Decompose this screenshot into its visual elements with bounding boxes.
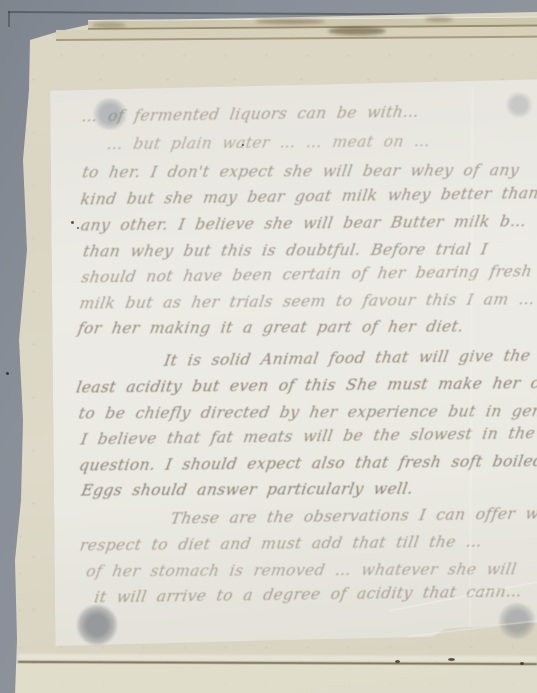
handwriting-line: should not have been certain of her bear…	[80, 262, 537, 287]
ink-speck	[395, 660, 400, 663]
handwriting-line: of her stomach is removed … whatever she…	[85, 560, 518, 580]
handwriting-line: … but plain water … … meat on …	[106, 132, 432, 153]
ink-speck	[242, 144, 244, 146]
ink-speck	[71, 221, 74, 224]
handwriting-line: milk but as her trials seem to favour th…	[78, 290, 536, 312]
mount-frame-corner	[8, 11, 10, 27]
page-edge-stain	[255, 19, 325, 24]
handwriting-line: any other. I believe she will bear Butte…	[79, 212, 527, 234]
handwriting-line: for her making it a great part of her di…	[76, 318, 465, 338]
handwriting-line: to her. I don't expect she will bear whe…	[81, 161, 521, 181]
page-edge-stain	[92, 22, 126, 28]
handwriting-line: kind but she may bear goat milk whey bet…	[79, 184, 537, 208]
smudge-bottom-left	[76, 604, 118, 646]
page-edge-stain	[328, 27, 386, 35]
handwriting-line: it will arrive to a degree of acidity th…	[93, 583, 523, 607]
album-page-below-fold	[16, 664, 537, 693]
handwriting-line: respect to diet and must add that till t…	[79, 533, 484, 555]
smudge-top-right	[504, 92, 534, 118]
handwriting-line: … of fermented liquors can be with…	[80, 103, 420, 126]
ink-speck	[448, 658, 455, 661]
handwriting-line: to be chiefly directed by her experience…	[77, 402, 537, 423]
handwriting-line: It is solid Animal food that will give t…	[163, 347, 532, 370]
smudge-top-left	[92, 98, 128, 130]
handwriting-line: These are the observations I can offer w…	[169, 504, 537, 527]
handwriting-line: than whey but this is doubtful. Before t…	[82, 241, 489, 261]
ink-speck	[520, 662, 524, 665]
ink-speck	[6, 372, 9, 375]
handwriting-line: least acidity but even of this She must …	[75, 374, 537, 397]
letter-sheet: … of fermented liquors can be with…… but…	[50, 79, 537, 646]
page-edge-stain	[425, 17, 453, 22]
handwriting-line: question. I should expect also that fres…	[78, 452, 537, 474]
ink-speck	[77, 227, 79, 229]
handwriting-line: I believe that fat meats will be the slo…	[80, 424, 537, 448]
handwriting-line: Eggs should answer particularly well.	[80, 480, 415, 500]
